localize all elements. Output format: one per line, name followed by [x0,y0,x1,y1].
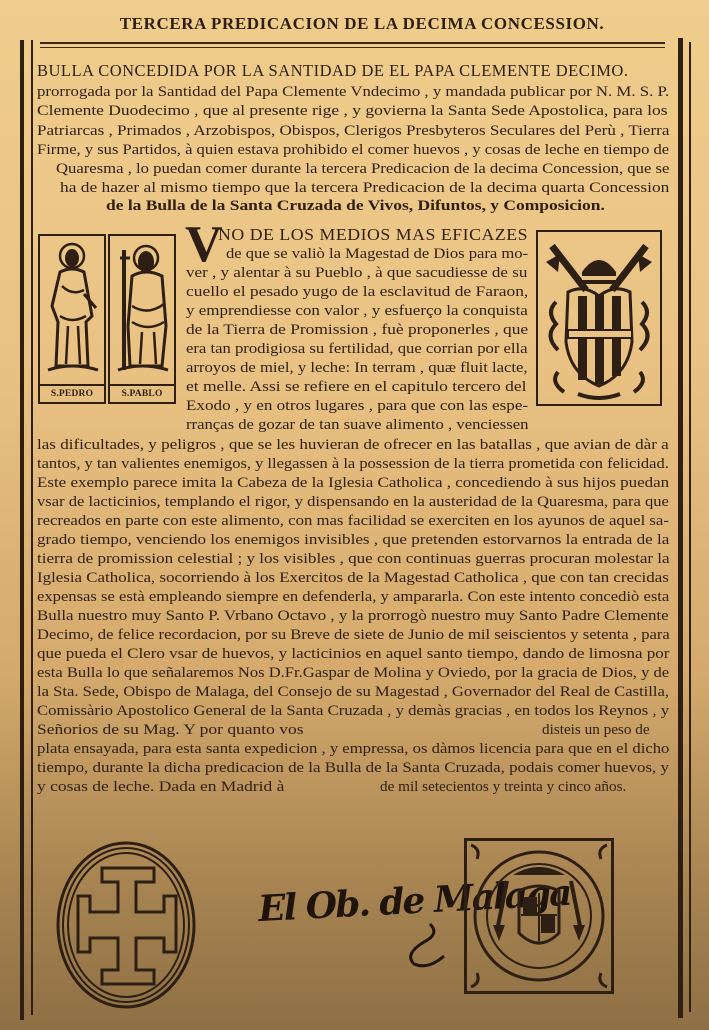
side-line: et melle. Assi se refiere en el capitulo… [186,378,526,396]
signature-flourish-icon [400,920,450,970]
left-border-outer [20,40,24,1020]
intro-heading: BULLA CONCEDIDA POR LA SANTIDAD DE EL PA… [37,62,669,80]
intro-line: de la Bulla de la Santa Cruzada de Vivos… [106,197,605,215]
bishop-seal: D. F. GASPAR DE MOLINA Y OVIEDO COMISSAR… [464,838,614,994]
side-line: era tan prodigiosa su fertilidad, que co… [186,340,528,358]
body-line: Iglesia Catholica, socorriendo à los Exe… [37,569,669,587]
body-line: la Sta. Sede, Obispo de Malaga, del Cons… [37,683,669,701]
intro-line: Quaresma , lo puedan comer durante la te… [56,160,669,178]
body-line: recreados en parte con este alimento, co… [37,512,669,530]
saints-woodcut: S.PEDRO S.PABLO [38,234,180,406]
body-line: grado tiempo, venciendo los enemigos inv… [37,531,669,549]
saint-paul-panel: S.PABLO [108,234,176,404]
side-line: arroyos de miel, y leche: In terram , qu… [186,359,528,377]
body-line: tierra de promission celestial ; y los v… [37,550,670,568]
saint-paul-figure-icon [110,236,174,384]
side-line: cuello el pesado yugo de la esclavitud d… [186,283,528,301]
body-line-fragment: disteis un peso de [542,721,650,739]
cross-seal [54,840,198,1010]
left-border-inner [31,40,33,1015]
saint-peter-label: S.PEDRO [40,384,104,402]
right-border-outer [678,38,683,1018]
drop-cap: V [185,220,223,270]
side-line: de que se valiò la Magestad de Dios para… [226,245,528,263]
saint-peter-figure-icon [40,236,104,384]
body-line: las dificultades, y peligros , que se le… [37,436,669,454]
header-rule [40,47,665,48]
body-line: Este exemplo parece imita la Cabeza de l… [37,474,669,492]
body-line: Comissàrio Apostolico General de la Sant… [37,702,669,720]
side-line: de la Tierra de Promission , fuè propone… [186,321,528,339]
body-line: que pueda el Clero vsar de huevos, y lac… [37,645,669,663]
body-line: vsar de lacticinios, templando el rigor,… [37,493,669,511]
body-line-fragment: de mil setecientos y treinta y cinco año… [380,778,626,796]
body-line: Bulla nuestro muy Santo P. Vrbano Octavo… [37,607,669,625]
side-heading: NO DE LOS MEDIOS MAS EFICAZES [218,226,528,244]
body-line: Decimo, de felice recordacion, por su Br… [37,626,670,644]
body-line: y cosas de leche. Dada en Madrid à [37,778,284,796]
episcopal-arms-seal-icon [467,841,611,991]
seal-inscription: D. F. GASPAR DE MOLINA Y OVIEDO COMISSAR… [467,841,468,842]
document-header-title: TERCERA PREDICACION DE LA DECIMA CONCESS… [112,14,612,34]
side-line: ver , y alentar à su Pueblo , à que sacu… [186,264,527,282]
intro-line: Firme, y sus Partidos, à quien estava pr… [37,141,669,159]
header-rule [40,42,665,44]
right-border-inner [689,42,691,1012]
papal-coat-of-arms-icon [538,232,660,404]
intro-line: prorrogada por la Santidad del Papa Clem… [37,83,669,101]
body-line: tiempo, durante la dicha predicacion de … [37,759,669,777]
body-line: expensas se està empleando siempre en de… [37,588,669,606]
cross-potent-seal-icon [54,840,198,1010]
side-line: y emprendiesse con valor , y esfuerço la… [186,302,528,320]
saint-peter-panel: S.PEDRO [38,234,106,404]
saint-paul-label: S.PABLO [110,384,174,402]
body-line: tantos, y tan valientes enemigos, y lleg… [37,455,669,473]
body-line: Señorios de su Mag. Y por quanto vos [37,721,303,739]
intro-line: Clemente Duodecimo , que al presente rig… [37,102,668,120]
side-line: rranças de gozar de tan suave alimento ,… [186,416,528,434]
intro-line: ha de hazer al mismo tiempo que la terce… [60,179,669,197]
intro-line: Patriarcas , Primados , Arzobispos, Obis… [37,122,669,140]
body-line: esta Bulla lo que señalaremos Nos D.Fr.G… [37,664,669,682]
papal-arms-woodcut [536,230,662,406]
body-line: plata ensayada, para esta santa expedici… [37,740,669,758]
side-line: Exodo , y en otros lugares , para que co… [186,397,528,415]
